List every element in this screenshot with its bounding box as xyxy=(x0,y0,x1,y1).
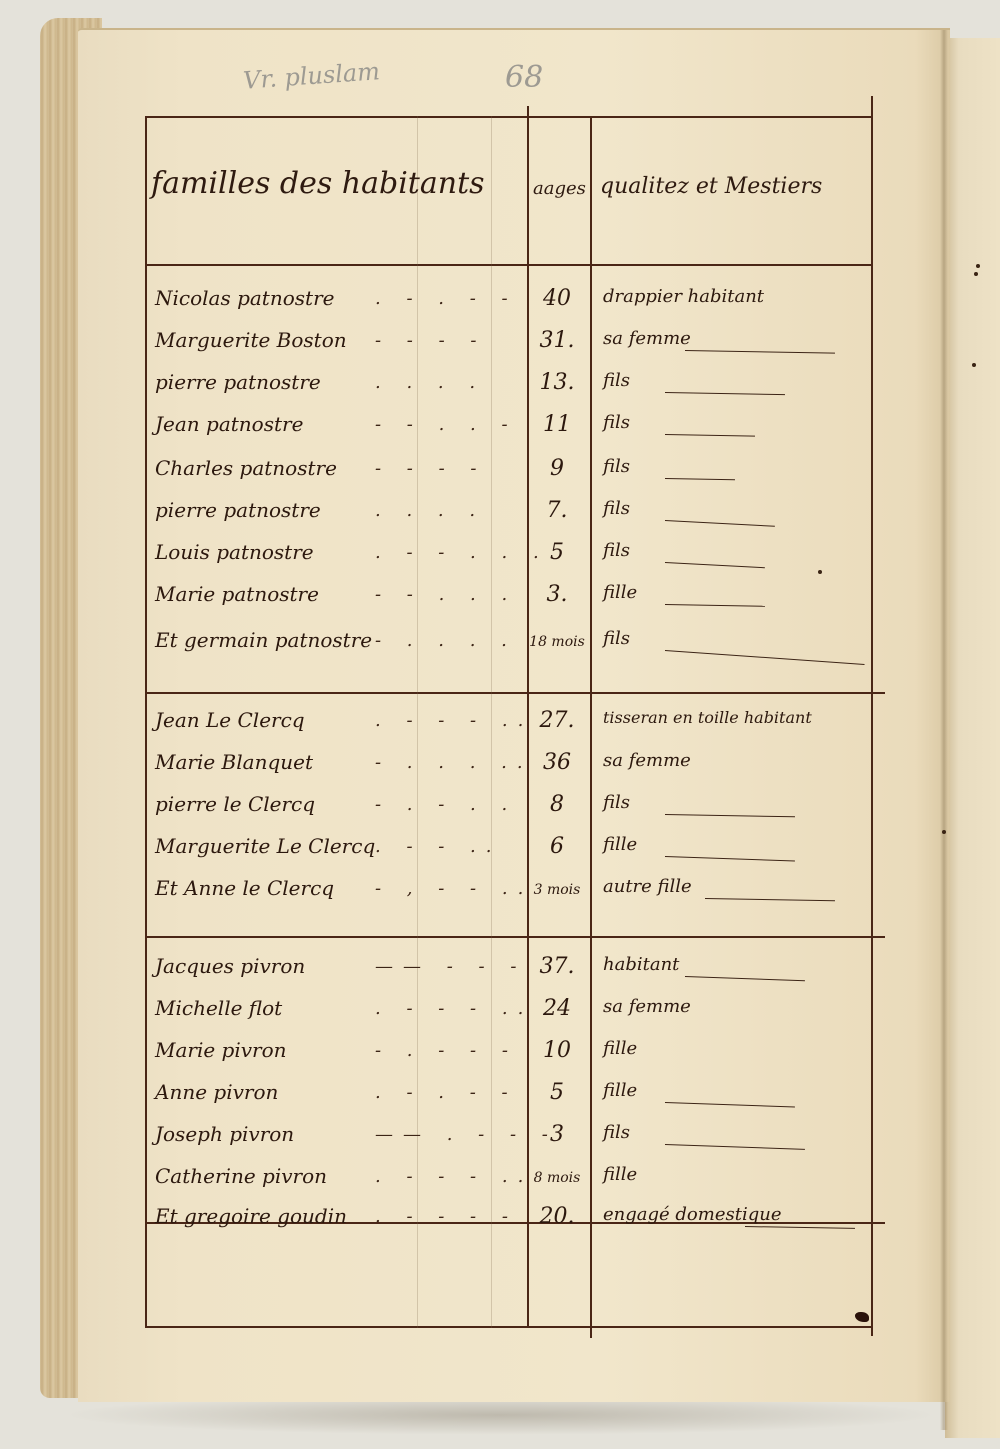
facing-page xyxy=(945,38,1000,1438)
member-name: Marie patnostre xyxy=(155,582,319,606)
member-quality: sa femme xyxy=(603,750,691,771)
table-row: Michelle flot . - - - .. 24 sa femme xyxy=(145,996,873,1036)
header-ages: aages xyxy=(533,178,586,199)
paper-spot xyxy=(976,264,980,268)
header-quality: qualitez et Mestiers xyxy=(600,174,822,199)
paper-spot xyxy=(972,363,976,367)
member-age: 3 xyxy=(525,1122,589,1147)
qual-underline xyxy=(665,520,775,527)
member-age: 40 xyxy=(525,286,589,311)
member-name: Louis patnostre xyxy=(155,540,314,564)
member-name: Marguerite Le Clercq xyxy=(155,834,375,858)
member-name: Catherine pivron xyxy=(155,1164,327,1188)
table-row: pierre le Clercq - . - . . 8 fils xyxy=(145,792,873,832)
member-name: Charles patnostre xyxy=(155,456,337,480)
dot-leader: . - . - - xyxy=(375,1082,518,1103)
member-age: 3 mois xyxy=(525,882,589,898)
qual-underline xyxy=(705,898,835,901)
qual-underline xyxy=(685,350,835,354)
qual-underline xyxy=(665,814,795,817)
member-quality: drappier habitant xyxy=(603,286,764,307)
table-row: Nicolas patnostre . - . - - 40 drappier … xyxy=(145,286,873,326)
dot-leader: . - - - .. xyxy=(375,710,533,731)
member-name: pierre le Clercq xyxy=(155,792,315,816)
table-row: Et gregoire goudin . - - - - 20. engagé … xyxy=(145,1204,873,1244)
table-row: Anne pivron . - . - - 5 fille xyxy=(145,1080,873,1120)
qual-underline xyxy=(665,650,865,665)
member-name: Et germain patnostre xyxy=(155,628,372,652)
census-table: familles des habitants aages qualitez et… xyxy=(145,116,873,1274)
table-row: pierre patnostre . . . . 7. fils xyxy=(145,498,873,538)
table-row: Joseph pivron —— . - - - 3 fils xyxy=(145,1122,873,1162)
member-age: 10 xyxy=(525,1038,589,1063)
dot-leader: —— - - - xyxy=(375,956,526,977)
member-name: Jean patnostre xyxy=(155,412,303,436)
member-quality: habitant xyxy=(603,954,679,975)
paper-spot xyxy=(974,272,978,276)
member-quality: fille xyxy=(603,582,637,603)
dot-leader: . - . - - xyxy=(375,288,518,309)
header-families: familles des habitants xyxy=(151,166,485,201)
table-row: Et germain patnostre - . . . . 18 mois f… xyxy=(145,628,873,668)
table-row: Marie pivron - . - - - 10 fille xyxy=(145,1038,873,1078)
table-top-rule xyxy=(145,116,873,118)
qual-underline xyxy=(745,1226,855,1229)
family-divider-2 xyxy=(145,936,885,938)
dot-leader: - - . . - xyxy=(375,414,518,435)
qual-underline xyxy=(665,856,795,862)
member-age: 5 xyxy=(525,1080,589,1105)
table-row: pierre patnostre . . . . 13. fils xyxy=(145,370,873,410)
dot-leader: - . . . .. xyxy=(375,752,533,773)
member-quality: engagé domestique xyxy=(603,1204,781,1225)
member-quality: fils xyxy=(603,456,630,477)
dot-leader: - . - . . xyxy=(375,794,517,815)
table-row: Jacques pivron —— - - - 37. habitant xyxy=(145,954,873,994)
member-name: Nicolas patnostre xyxy=(155,286,334,310)
dot-leader: - - - - xyxy=(375,330,487,351)
member-age: 31. xyxy=(525,328,589,353)
member-name: Michelle flot xyxy=(155,996,282,1020)
table-row: Marguerite Boston - - - - 31. sa femme xyxy=(145,328,873,368)
member-age: 6 xyxy=(525,834,589,859)
dot-leader: . . . . xyxy=(375,372,485,393)
member-quality: sa femme xyxy=(603,328,691,349)
member-quality: autre fille xyxy=(603,876,692,897)
member-name: Joseph pivron xyxy=(155,1122,294,1146)
book-gutter xyxy=(940,30,948,1430)
dot-leader: - - - - xyxy=(375,458,487,479)
table-row: Louis patnostre . - - . . . 5 fils xyxy=(145,540,873,580)
dot-leader: - . . . . xyxy=(375,630,517,651)
table-row: Marguerite Le Clercq . - - .. 6 fille xyxy=(145,834,873,874)
dot-leader: - , - - .. xyxy=(375,878,533,899)
member-quality: fille xyxy=(603,1080,637,1101)
member-quality: tisseran en toille habitant xyxy=(603,708,812,727)
member-name: Et Anne le Clercq xyxy=(155,876,334,900)
member-quality: fils xyxy=(603,412,630,433)
member-name: pierre patnostre xyxy=(155,370,321,394)
dot-leader: . - - .. xyxy=(375,836,502,857)
table-row: Charles patnostre - - - - 9 fils xyxy=(145,456,873,496)
dot-leader: . - - . . . xyxy=(375,542,549,563)
member-age: 20. xyxy=(525,1204,589,1229)
member-age: 27. xyxy=(525,708,589,733)
dot-leader: . . . . xyxy=(375,500,485,521)
member-quality: fille xyxy=(603,834,637,855)
family-divider-1 xyxy=(145,692,885,694)
qual-underline xyxy=(665,478,735,480)
member-age: 9 xyxy=(525,456,589,481)
table-row: Marie Blanquet - . . . .. 36 sa femme xyxy=(145,750,873,790)
table-row: Et Anne le Clercq - , - - .. 3 mois autr… xyxy=(145,876,873,916)
qual-underline xyxy=(665,434,755,437)
member-quality: fille xyxy=(603,1038,637,1059)
member-name: Marie Blanquet xyxy=(155,750,313,774)
qual-underline xyxy=(665,1144,805,1150)
table-row: Marie patnostre - - . . . 3. fille xyxy=(145,582,873,622)
member-name: Et gregoire goudin xyxy=(155,1204,347,1228)
member-quality: sa femme xyxy=(603,996,691,1017)
member-name: pierre patnostre xyxy=(155,498,321,522)
member-quality: fils xyxy=(603,540,630,561)
member-name: Marguerite Boston xyxy=(155,328,347,352)
qual-underline xyxy=(665,392,785,395)
member-age: 24 xyxy=(525,996,589,1021)
member-quality: fille xyxy=(603,1164,637,1185)
member-quality: fils xyxy=(603,1122,630,1143)
dot-leader: - . - - - xyxy=(375,1040,518,1061)
qual-underline xyxy=(665,562,765,568)
member-age: 37. xyxy=(525,954,589,979)
table-row: Jean patnostre - - . . - 11 fils xyxy=(145,412,873,452)
member-age: 8 mois xyxy=(525,1170,589,1186)
member-quality: fils xyxy=(603,370,630,391)
paper-spot xyxy=(818,570,822,574)
table-row: Catherine pivron . - - - .. 8 mois fille xyxy=(145,1164,873,1204)
member-quality: fils xyxy=(603,628,630,649)
member-age: 8 xyxy=(525,792,589,817)
table-bottom-rule xyxy=(145,1326,873,1328)
dot-leader: - - . . . xyxy=(375,584,517,605)
member-name: Jacques pivron xyxy=(155,954,305,978)
page-number: 68 xyxy=(505,60,543,95)
header-bottom-rule xyxy=(145,264,873,266)
dot-leader: . - - - .. xyxy=(375,998,533,1019)
member-age: 18 mois xyxy=(525,634,589,650)
member-age: 11 xyxy=(525,412,589,437)
dot-leader: . - - - .. xyxy=(375,1166,533,1187)
qual-underline xyxy=(665,1102,795,1108)
member-name: Jean Le Clercq xyxy=(155,708,305,732)
member-name: Marie pivron xyxy=(155,1038,287,1062)
member-age: 36 xyxy=(525,750,589,775)
member-age: 7. xyxy=(525,498,589,523)
member-quality: fils xyxy=(603,792,630,813)
member-age: 3. xyxy=(525,582,589,607)
paper-spot xyxy=(942,830,946,834)
member-age: 5 xyxy=(525,540,589,565)
dot-leader: . - - - - xyxy=(375,1206,518,1227)
table-row: Jean Le Clercq . - - - .. 27. tisseran e… xyxy=(145,708,873,748)
qual-underline xyxy=(665,604,765,607)
qual-underline xyxy=(685,976,805,981)
member-age: 13. xyxy=(525,370,589,395)
member-quality: fils xyxy=(603,498,630,519)
member-name: Anne pivron xyxy=(155,1080,278,1104)
